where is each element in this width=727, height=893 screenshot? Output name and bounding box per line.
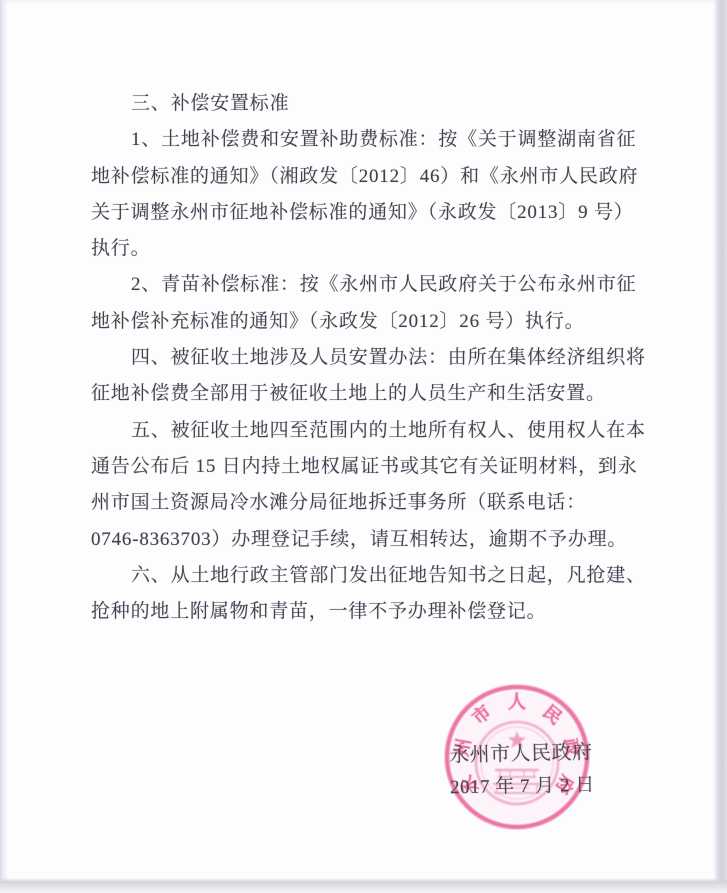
document-line: 0746-8363703）办理登记手续，请互相转达，逾期不予办理。 (91, 522, 639, 558)
scanned-page: 三、补偿安置标准1、土地补偿费和安置补助费标准：按《关于调整湖南省征地补偿标准的… (0, 0, 727, 893)
document-line: 2、青苗补偿标准：按《永州市人民政府关于公布永州市征 (91, 267, 639, 303)
document-line: 六、从土地行政主管部门发出征地告知书之日起，凡抢建、 (91, 558, 639, 594)
seal-ring-char: 人 (508, 688, 526, 714)
document-line: 地补偿标准的通知》（湘政发〔2012〕46）和《永州市人民政府 (91, 159, 639, 195)
document-line: 三、补偿安置标准 (91, 86, 639, 122)
document-line: 州市国土资源局冷水滩分局征地拆迁事务所（联系电话： (91, 485, 639, 521)
document-line: 五、被征收土地四至范围内的土地所有权人、使用权人在本 (91, 413, 639, 449)
page-edge-left (0, 0, 8, 893)
document-line: 通告公布后 15 日内持土地权属证书或其它有关证明材料，到永 (91, 449, 639, 485)
document-line: 执行。 (91, 231, 639, 267)
page-edge-top (0, 0, 727, 4)
document-line: 四、被征收土地涉及人员安置办法：由所在集体经济组织将 (91, 340, 639, 376)
document-text: 三、补偿安置标准1、土地补偿费和安置补助费标准：按《关于调整湖南省征地补偿标准的… (91, 86, 639, 630)
document-line: 抢种的地上附属物和青苗，一律不予办理补偿登记。 (91, 594, 639, 630)
seal-ring-char: 市 (466, 698, 497, 729)
official-seal: 永州市人民政府 永州市人民政府 2017 年 7 月 2 日 (442, 682, 592, 832)
seal-date: 2017 年 7 月 2 日 (450, 770, 596, 800)
seal-org-name: 永州市人民政府 (449, 735, 596, 767)
page-edge-bottom (0, 878, 727, 893)
document-line: 征地补偿费全部用于被征收土地上的人员生产和生活安置。 (91, 376, 639, 412)
seal-ring-char: 民 (538, 698, 569, 729)
document-line: 关于调整永州市征地补偿标准的通知》（永政发〔2013〕9 号） (91, 195, 639, 231)
document-line: 1、土地补偿费和安置补助费标准：按《关于调整湖南省征 (91, 122, 639, 158)
page-edge-right (713, 0, 727, 893)
document-line: 地补偿补充标准的通知》（永政发〔2012〕26 号）执行。 (91, 304, 639, 340)
